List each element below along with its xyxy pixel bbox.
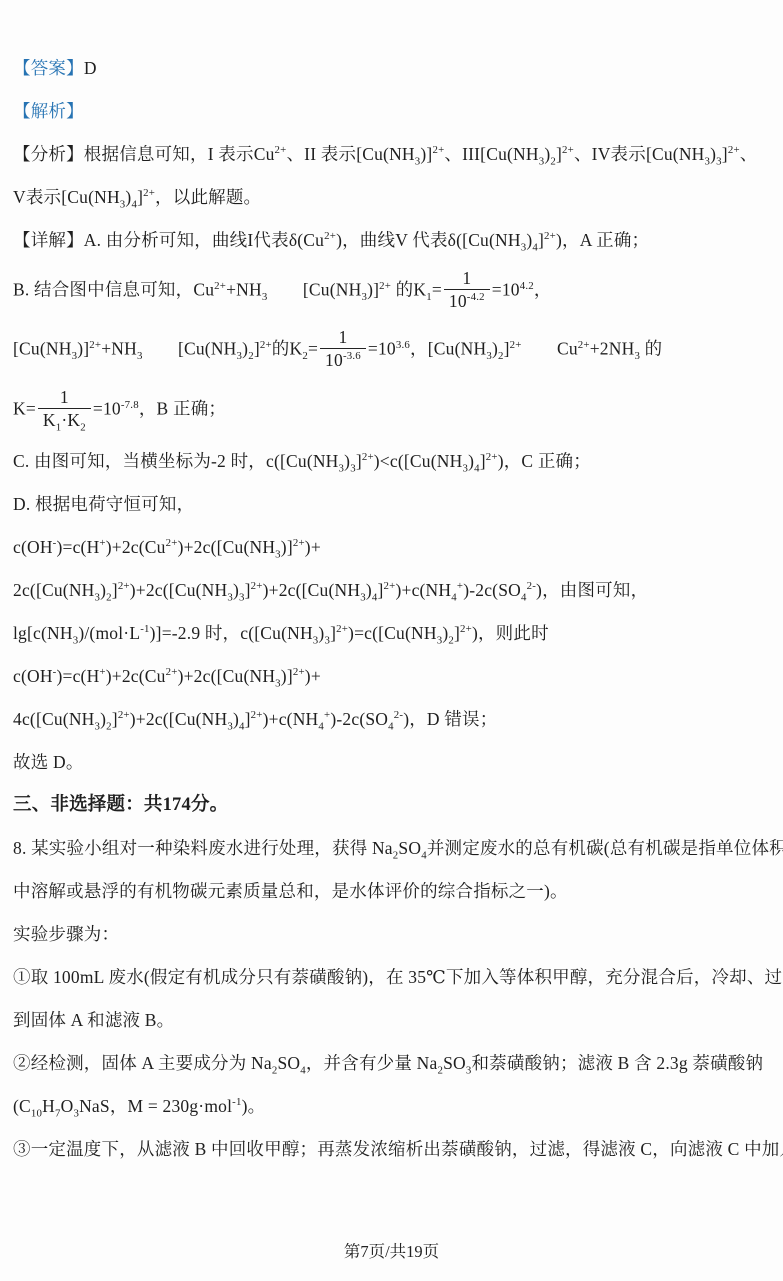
superscript: -: [53, 666, 57, 678]
superscript: -1: [140, 623, 149, 635]
superscript: 2+: [562, 144, 574, 156]
subscript: 4: [300, 1064, 306, 1076]
subscript: 3: [73, 1107, 79, 1119]
accent-label: 【解析】: [13, 101, 84, 121]
subscript: 2: [550, 156, 556, 168]
text-line: 4c([Cu(NH3)2]2+)+2c([Cu(NH3)4]2+)+c(NH4+…: [13, 706, 771, 733]
superscript: 2+: [260, 339, 272, 351]
superscript: 2+: [510, 339, 522, 351]
subscript: 3: [313, 634, 319, 646]
subscript: 2: [106, 591, 112, 603]
subscript: 4: [318, 720, 324, 732]
subscript: 4: [421, 849, 427, 861]
superscript: 2-: [394, 709, 403, 721]
subscript: 3: [275, 677, 281, 689]
page-number-text: 第7页/共19页: [344, 1242, 439, 1261]
subscript: 2: [248, 350, 254, 362]
text-line: D. 根据电荷守恒可知，: [13, 491, 771, 518]
text-line: ③一定温度下，从滤液 B 中回收甲醇；再蒸发浓缩析出萘磺酸钠，过滤，得滤液 C，…: [13, 1136, 771, 1163]
subscript: 1: [426, 291, 432, 303]
text-line: 三、非选择题：共174分。: [13, 792, 771, 819]
superscript: 2+: [166, 537, 178, 549]
subscript: 2: [106, 720, 112, 732]
subscript: 1: [56, 421, 62, 433]
superscript: -7.8: [121, 398, 139, 410]
subscript: 3: [95, 720, 101, 732]
superscript: 3.6: [396, 339, 410, 351]
subscript: 3: [95, 591, 101, 603]
subscript: 4: [474, 462, 480, 474]
subscript: 2: [448, 634, 454, 646]
subscript: 3: [486, 350, 492, 362]
fraction: 110-4.2: [444, 268, 490, 311]
text-line: 8. 某实验小组对一种染料废水进行处理，获得 Na2SO4并测定废水的总有机碳(…: [13, 835, 771, 862]
subscript: 3: [275, 548, 281, 560]
subscript: 3: [227, 720, 233, 732]
subscript: 2: [272, 1064, 278, 1076]
text-line: (C10H7O3NaS，M = 230g·mol-1)。: [13, 1093, 771, 1120]
subscript: 3: [73, 634, 79, 646]
content-area: 【答案】D【解析】【分析】根据信息可知，I 表示Cu2+、II 表示[Cu(NH…: [13, 55, 771, 1163]
text-line: 【分析】根据信息可知，I 表示Cu2+、II 表示[Cu(NH3)]2+、III…: [13, 141, 771, 168]
superscript: +: [324, 709, 330, 721]
superscript: +: [99, 666, 105, 678]
superscript: 2+: [166, 666, 178, 678]
subscript: 3: [137, 350, 143, 362]
text-line: B. 结合图中信息可知，Cu2++NH3 [Cu(NH3)]2+ 的K1=110…: [13, 270, 771, 313]
text-line: 【答案】D: [13, 55, 771, 82]
superscript: 2+: [578, 339, 590, 351]
subscript: 3: [521, 242, 527, 254]
superscript: 2+: [118, 580, 130, 592]
subscript: 4: [451, 591, 457, 603]
superscript: 2+: [275, 144, 287, 156]
subscript: 3: [120, 199, 126, 211]
superscript: 2+: [251, 709, 263, 721]
superscript: 2+: [251, 580, 263, 592]
superscript: 2+: [143, 187, 155, 199]
subscript: 4: [131, 199, 137, 211]
superscript: -1: [232, 1096, 241, 1108]
subscript: 3: [350, 462, 356, 474]
superscript: -3.6: [343, 351, 361, 363]
superscript: 2+: [544, 230, 556, 242]
fraction: 1K1·K2: [38, 387, 91, 430]
superscript: 2+: [293, 537, 305, 549]
document-page: 【答案】D【解析】【分析】根据信息可知，I 表示Cu2+、II 表示[Cu(NH…: [0, 0, 783, 1281]
superscript: 2-: [527, 580, 536, 592]
text-line: 2c([Cu(NH3)2]2+)+2c([Cu(NH3)3]2+)+2c([Cu…: [13, 577, 771, 604]
subscript: 4: [521, 591, 527, 603]
subscript: 7: [55, 1107, 61, 1119]
superscript: 2+: [362, 451, 374, 463]
subscript: 3: [539, 156, 545, 168]
superscript: 2+: [89, 339, 101, 351]
superscript: +: [457, 580, 463, 592]
superscript: 2+: [384, 580, 396, 592]
superscript: -: [53, 537, 57, 549]
subscript: 3: [237, 350, 243, 362]
text-line: 实验步骤为：: [13, 921, 771, 948]
subscript: 3: [339, 462, 345, 474]
text-line: c(OH-)=c(H+)+2c(Cu2+)+2c([Cu(NH3)]2+)+: [13, 534, 771, 561]
text-line: C. 由图可知，当横坐标为-2 时，c([Cu(NH3)3]2+)<c([Cu(…: [13, 448, 771, 475]
text-line: [Cu(NH3)]2++NH3 [Cu(NH3)2]2+的K2=110-3.6=…: [13, 329, 771, 372]
subscript: 3: [415, 156, 421, 168]
subscript: 3: [227, 591, 233, 603]
fraction: 110-3.6: [320, 327, 366, 370]
text-line: 中溶解或悬浮的有机物碳元素质量总和，是水体评价的综合指标之一)。: [13, 878, 771, 905]
subscript: 2: [437, 1064, 443, 1076]
text-line: ①取 100mL 废水(假定有机成分只有萘磺酸钠)，在 35℃下加入等体积甲醇，…: [13, 964, 771, 991]
superscript: 2+: [486, 451, 498, 463]
text-line: 【详解】A. 由分析可知，曲线I代表δ(Cu2+)，曲线V 代表δ([Cu(NH…: [13, 227, 771, 254]
text-line: K=1K1·K2=10-7.8，B 正确；: [13, 389, 771, 432]
superscript: 2+: [432, 144, 444, 156]
superscript: 4.2: [520, 280, 534, 292]
superscript: 2+: [118, 709, 130, 721]
subscript: 3: [72, 350, 78, 362]
subscript: 2: [393, 849, 399, 861]
superscript: 2+: [728, 144, 740, 156]
subscript: 3: [437, 634, 443, 646]
superscript: 2+: [293, 666, 305, 678]
text-line: V表示[Cu(NH3)4]2+，以此解题。: [13, 184, 771, 211]
superscript: 2+: [379, 280, 391, 292]
superscript: 2+: [214, 280, 226, 292]
subscript: 3: [634, 350, 640, 362]
superscript: 2+: [324, 230, 336, 242]
text-line: ②经检测，固体 A 主要成分为 Na2SO4，并含有少量 Na2SO3和萘磺酸钠…: [13, 1050, 771, 1077]
subscript: 2: [302, 350, 308, 362]
subscript: 3: [324, 634, 330, 646]
subscript: 4: [532, 242, 538, 254]
subscript: 3: [361, 291, 367, 303]
page-footer: 第7页/共19页: [0, 1238, 783, 1262]
subscript: 3: [462, 462, 468, 474]
accent-label: 【答案】: [13, 58, 84, 78]
subscript: 2: [80, 421, 86, 433]
text-line: 【解析】: [13, 98, 771, 125]
text-line: c(OH-)=c(H+)+2c(Cu2+)+2c([Cu(NH3)]2+)+: [13, 663, 771, 690]
superscript: 2+: [460, 623, 472, 635]
subscript: 3: [262, 291, 268, 303]
subscript: 3: [360, 591, 366, 603]
text-line: 到固体 A 和滤液 B。: [13, 1007, 771, 1034]
subscript: 10: [31, 1107, 42, 1119]
superscript: +: [99, 537, 105, 549]
subscript: 3: [239, 591, 245, 603]
superscript: 2+: [336, 623, 348, 635]
subscript: 3: [466, 1064, 472, 1076]
text-line: lg[c(NH3)/(mol·L-1)]=-2.9 时，c([Cu(NH3)3]…: [13, 620, 771, 647]
subscript: 2: [498, 350, 504, 362]
superscript: -4.2: [467, 291, 485, 303]
subscript: 3: [705, 156, 711, 168]
subscript: 4: [372, 591, 378, 603]
subscript: 3: [716, 156, 722, 168]
subscript: 4: [388, 720, 394, 732]
text-line: 故选 D。: [13, 749, 771, 776]
subscript: 4: [239, 720, 245, 732]
